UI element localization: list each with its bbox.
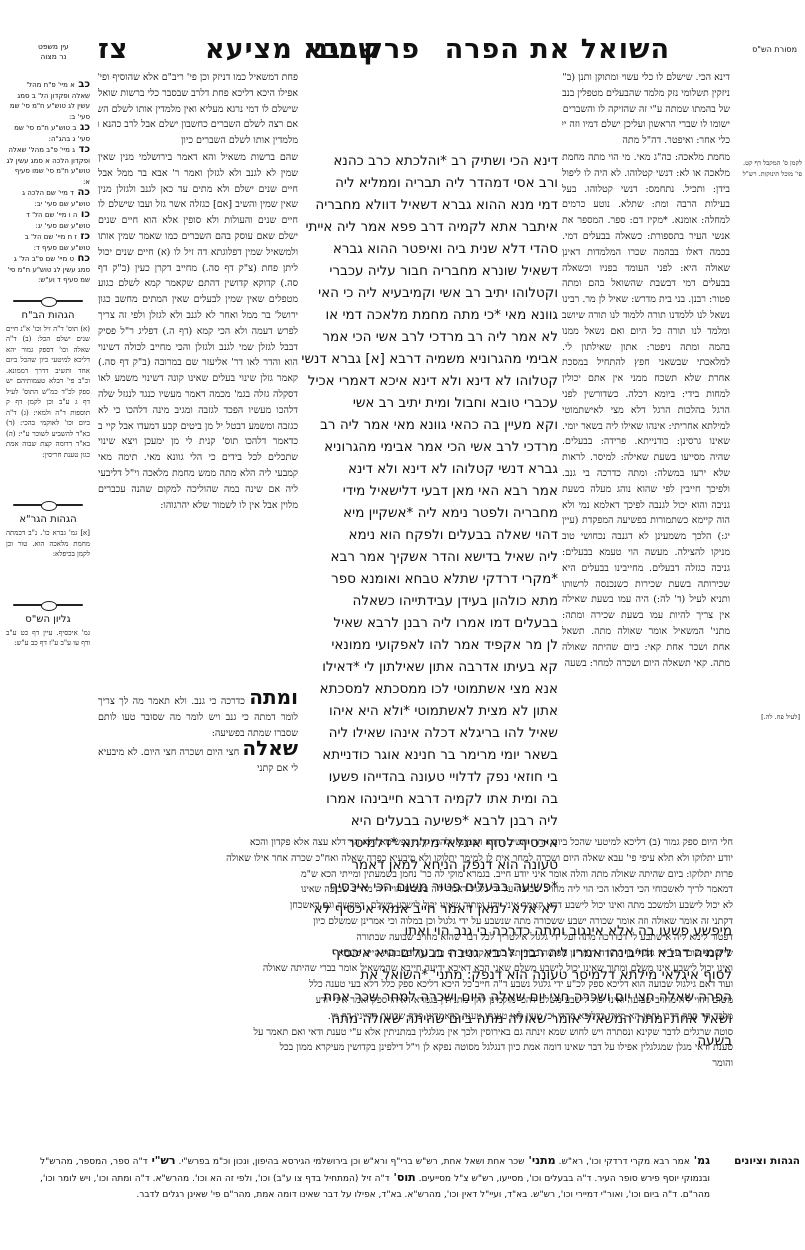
rashi-line: ישומו לו שברי הראשון ועליכן ישלם דמיו וז…	[562, 117, 730, 133]
gemara-line: גוונא מאי *כי מתה מחמת מלאכה דמי או	[300, 304, 558, 326]
tosafot-dibbur-hamatchil-2: שאלה	[242, 736, 298, 760]
rashi-body: מחמת מלאכה: כה"ג מאי. מי הוי מתה מחמת מל…	[562, 150, 730, 671]
gemara-line: מתא כולהון בעידן עבידתייהו כשאלה	[300, 590, 558, 612]
gemara-line: דמי מנא ההוא גברא דשאיל דוולא מחבריה	[300, 194, 558, 216]
left-margin-column: כב א מיי' פ"ח מהל' שאלה ופקדון הל' ב סמג…	[6, 80, 90, 640]
page-header: מסורת הש"ס השואל את הפרה פרק שמיני בבא מ…	[0, 32, 805, 68]
gemara-line: דהוי שאלה בבעלים ולפקח הוא נימא	[300, 524, 558, 546]
ner-mitzvah-label: נר מצוה	[38, 52, 69, 62]
gemara-line: אבימי מהגרוניא משמיה דרבא [א] גברא דנשי	[300, 348, 558, 370]
bottom-commentary-line: ואינו יכול לישבע אינו משלם ומתוך שאינו י…	[98, 961, 733, 977]
header-daf-number: צז	[98, 34, 128, 65]
ein-mishpat-entry: כז ז ח מיי' שם הל' ב טוש"ע שם סעיף ד:	[6, 232, 90, 253]
gemara-line: איתבר אתא לקמיה דרב פפא אמר ליה אייתי	[300, 216, 558, 238]
hagahot-gra-text: [א] גמ' גברא כו'. נ"ב דכמתה מחמת מלאכה ה…	[6, 528, 90, 560]
tosafot-heading-block: ומתה כדרכה כי גנב. ולא תאמר מה לך צריך ל…	[98, 690, 298, 777]
gemara-line: גברא דנשי קטלוהו לא דינא ולא דינא	[300, 458, 558, 480]
gemara-line: קטלוהו לא דינא ולא דינא איכא דאמרי אכיל	[300, 370, 558, 392]
tosafot-line: מלמדין אותו לשלם השברים כיון	[98, 133, 298, 149]
gemara-line: בה ומית אתו לקמיה דרבא חייבינהו אמרו	[300, 788, 558, 810]
ornament-divider	[6, 500, 90, 510]
bottom-commentary-line: טענת ודאי מגלן שמגלגלין אפילו על דבר שאי…	[98, 1040, 733, 1056]
ein-mishpat-letter: כב	[75, 79, 90, 90]
ein-mishpat-entry: כו ה ו מיי' שם הל' ד טוש"ע שם סעי' יג:	[6, 210, 90, 231]
gemara-line: עכברי טובא וחבול ומית יתיב רב אשי	[300, 392, 558, 414]
gilyon-hashas-text: גמ' איכסיף. עיין דף כט ע"ב ודף עו ע"ב ע"…	[6, 628, 90, 649]
gemara-line: לן מר אקפיד אמר להו לאפקועי ממונאי	[300, 634, 558, 656]
gemara-line: אתון לא מצית לאשתמוטי *ולא היא איהו	[300, 700, 558, 722]
footer-notes: הגהות וציונים גמ' אמר רבא מקרי דרדקי וכו…	[40, 1153, 800, 1203]
tosafot-line: אם רצה לשלם השברים כחשבון ישלם אבל לרב כ…	[98, 117, 298, 133]
rashi-line: כלי אחר: ואיפטר. דה"ל מתה	[562, 133, 730, 149]
ein-mishpat-letter: כח	[74, 253, 90, 264]
gemara-line: אמר רבא האי מאן דבעי דלישאיל מידי	[300, 480, 558, 502]
gemara-line: שאיל להו בריגלא דכלה אינהו שאילו ליה	[300, 722, 558, 744]
bottom-commentary-line: סוטה שרגלים לדבר שקינא ונסתרה ויש לחוש ש…	[98, 1025, 733, 1041]
gemara-line: מחבריה ולפטר נימא ליה *אשקיין מיא	[300, 502, 558, 524]
ein-mishpat-letter: כה	[74, 187, 90, 198]
bottom-commentary-line: דפטור לימא ליה אישתבע לי דכדרכה מתה ועל …	[98, 930, 733, 946]
hagahot-bach-title: הגהות הב"ח	[6, 310, 90, 321]
masoret-hashas-label: מסורת הש"ס	[752, 44, 797, 56]
bottom-commentary-line: יודע יתלוקו ולא תלא עיפי פי' עבא שאלה הי…	[98, 851, 733, 867]
footer-segment-label: מתני'	[525, 1154, 556, 1167]
tosafot-top-block: פחת דמשאיל כמו דניזק וכן פי' ריב"ם אלא ש…	[98, 70, 298, 149]
gemara-line: דשאיל שונרא מחבריה חבור עליה עכברי	[300, 260, 558, 282]
rashi-top-block: דינא הכי. שישלם לו כלי עשוי ומתוקן ותנן …	[562, 70, 730, 149]
gemara-line: בבעלים דמו אמרו ליה רבנן לרבא שאיל	[300, 612, 558, 634]
tosafot-line: פחת דמשאיל כמו דניזק וכן פי' ריב"ם אלא ש…	[98, 70, 298, 86]
bottom-commentary-line: שיישבע שוכר על ידי גלגול מן התורה דגמרינ…	[98, 946, 733, 962]
ein-mishpat-letter: כד	[75, 144, 90, 155]
gemara-line: ליה רבנן לרבא *פשיעה בבעלים היא	[300, 810, 558, 832]
tosafot-dibbur-hamatchil-1: ומתה	[249, 685, 298, 709]
gemara-line: ורב אסי דמהדר ליה תבריה וממליא ליה	[300, 172, 558, 194]
header-title-chapter-name: השואל את הפרה	[445, 34, 670, 65]
ein-mishpat-label: עין משפט	[38, 42, 69, 52]
bottom-commentary: חלי היום ספק גמור (ב) דליכא למיטעי שהכל …	[98, 835, 733, 1072]
ein-mishpat-entry: כה ד מיי' שם הלכה ג טוש"ע שם סעי' יב:	[6, 188, 90, 209]
hagahot-bach-text: (א) תוס' ד"ה זיל וכו' א"נ חיים שנים ישלם…	[6, 324, 90, 461]
header-tractate: בבא מציעא	[205, 34, 359, 65]
gemara-line: וקא מעיין בה כהאי גוונא מאי אמר ליה רב	[300, 414, 558, 436]
tosafot-line: אפילו היכא דליכא פחת דלרב שבסבר כלי ברשו…	[98, 86, 298, 102]
gemara-line: סהדי דלא שנית ביה ואיפטר ההוא גברא	[300, 238, 558, 260]
rashi-line: דינא הכי. שישלם לו כלי עשוי ומתוקן ותנן …	[562, 70, 730, 86]
footer-segment-label: תוס'	[390, 1171, 416, 1184]
gemara-line: בי חוזאי נפק לדלויי טעונה בהדייהו פשעו	[300, 766, 558, 788]
gemara-line: לא אמר ליה רב מרדכי לרב אשי הכי אמר	[300, 326, 558, 348]
bottom-commentary-line: מלבד הך ספק דרבי נחמן הא מיירי בדליכא סה…	[98, 1009, 733, 1025]
rashi-line: של בהמתו שמתה ע"י זה שהזיקה לו והשברים נ…	[562, 102, 730, 118]
ornament-divider	[6, 296, 90, 306]
masoret-note-bottom: [לעיל פח. לה.]	[740, 712, 800, 723]
rashi-line: ניזקין תשלומי נזק מלמד שהבעלים מטפלין בנ…	[562, 86, 730, 102]
ein-mishpat-letter: כו	[77, 209, 90, 220]
footer-segment-text: שכר אחת ושאל אחת, רש"ש ברי"ף ורא"ש וכן ב…	[176, 1157, 525, 1167]
bottom-commentary-line: לא יכול לישבע ולמשכב מתה ואינו יכול לישב…	[98, 898, 733, 914]
footer-segment-text: אמר רבא מקרי דרדקי וכו', רא"ש.	[556, 1157, 690, 1167]
ein-mishpat-header: עין משפט נר מצוה	[38, 42, 69, 62]
ein-mishpat-entry: כב א מיי' פ"ח מהל' שאלה ופקדון הל' ב סמג…	[6, 80, 90, 122]
footer-segment-label: גמ'	[690, 1154, 710, 1167]
ein-mishpat-entry: כח ט מיי' שם פ"ב הל' ג סמג עשין לג טוש"ע…	[6, 254, 90, 286]
gilyon-hashas-title: גליון הש"ס	[6, 614, 90, 625]
tosafot-line: שישלם לו דמי נרגא מעליא ואין מלמדין אותו…	[98, 102, 298, 118]
gemara-line: מרדכי לרב אשי הכי אמר אבימי מהגרוניא	[300, 436, 558, 458]
tosafot-body: שהם ברשות משאיל והא דאמר בירושלמי מנין ש…	[98, 150, 298, 513]
gemara-line: בשאר יומי מרימר בר חנינא אוגר כודנייתא	[300, 744, 558, 766]
ein-mishpat-letter: כג	[76, 122, 90, 133]
bottom-commentary-line: דקתני זה אומר שאולה וזה אומר שכורה ישבע …	[98, 914, 733, 930]
footer-text: גמ' אמר רבא מקרי דרדקי וכו', רא"ש. מתני'…	[40, 1153, 710, 1203]
bottom-commentary-line: ועוד דאם גילגול שבועה הוא דליכא ספק לכ"ע…	[98, 977, 733, 993]
bottom-commentary-line: והומר	[98, 1056, 733, 1072]
ein-mishpat-entry: כד ג מיי' פ"ב מהל' שאלה ופקדון הלכה א סמ…	[6, 145, 90, 187]
bottom-commentary-line: חלי היום ספק גמור (ב) דליכא למיטעי שהכל …	[98, 835, 733, 851]
footer-segment-label: רש"י	[148, 1154, 176, 1167]
masoret-note-top: לקמן ס' המקבל דף קט. פי' מוכל תינוקות. ר…	[736, 158, 802, 179]
gemara-line: וקטלוהו יתיב רב אשי וקמיבעיא ליה כי האי	[300, 282, 558, 304]
gemara-line: אנא מצי אשתמוטי לכו ממסכתא למסכתא	[300, 678, 558, 700]
ornament-divider	[6, 600, 90, 610]
ein-mishpat-entries: כב א מיי' פ"ח מהל' שאלה ופקדון הל' ב סמג…	[6, 80, 90, 286]
bottom-commentary-line: משום דהוי ליה מחויב שבועה ואינו יכול ליש…	[98, 993, 733, 1009]
bottom-commentary-line: פרות יתלוקו: ביום שהיתה שאולה מתה והלה א…	[98, 867, 733, 883]
bottom-commentary-line: דמאמר לריך לאשכוחי הכי דבלאו הכי הוי ליה…	[98, 882, 733, 898]
gemara-line: ליה שאיל בדישא והדר אשקיך אמר רבא	[300, 546, 558, 568]
hagahot-gra-title: הגהות הגר"א	[6, 514, 90, 525]
ein-mishpat-entry: כג ב טוש"ע ח"מ סי' שמ סעי' ג בהג"ה:	[6, 123, 90, 144]
gemara-line: *מקרי דרדקי שתלא טבחא ואומנא ספר	[300, 568, 558, 590]
footer-label: הגהות וציונים	[734, 1153, 800, 1169]
gemara-line: דינא הכי ושתיק רב *והלכתא כרב כהנא	[300, 150, 558, 172]
ein-mishpat-letter: כז	[77, 231, 90, 242]
gemara-line: קא בעיתו אדרבה אתון שאילתון לי *דאילו	[300, 656, 558, 678]
rashi-column: מחמת מלאכה: כה"ג מאי. מי הוי מתה מחמת מל…	[562, 150, 730, 720]
